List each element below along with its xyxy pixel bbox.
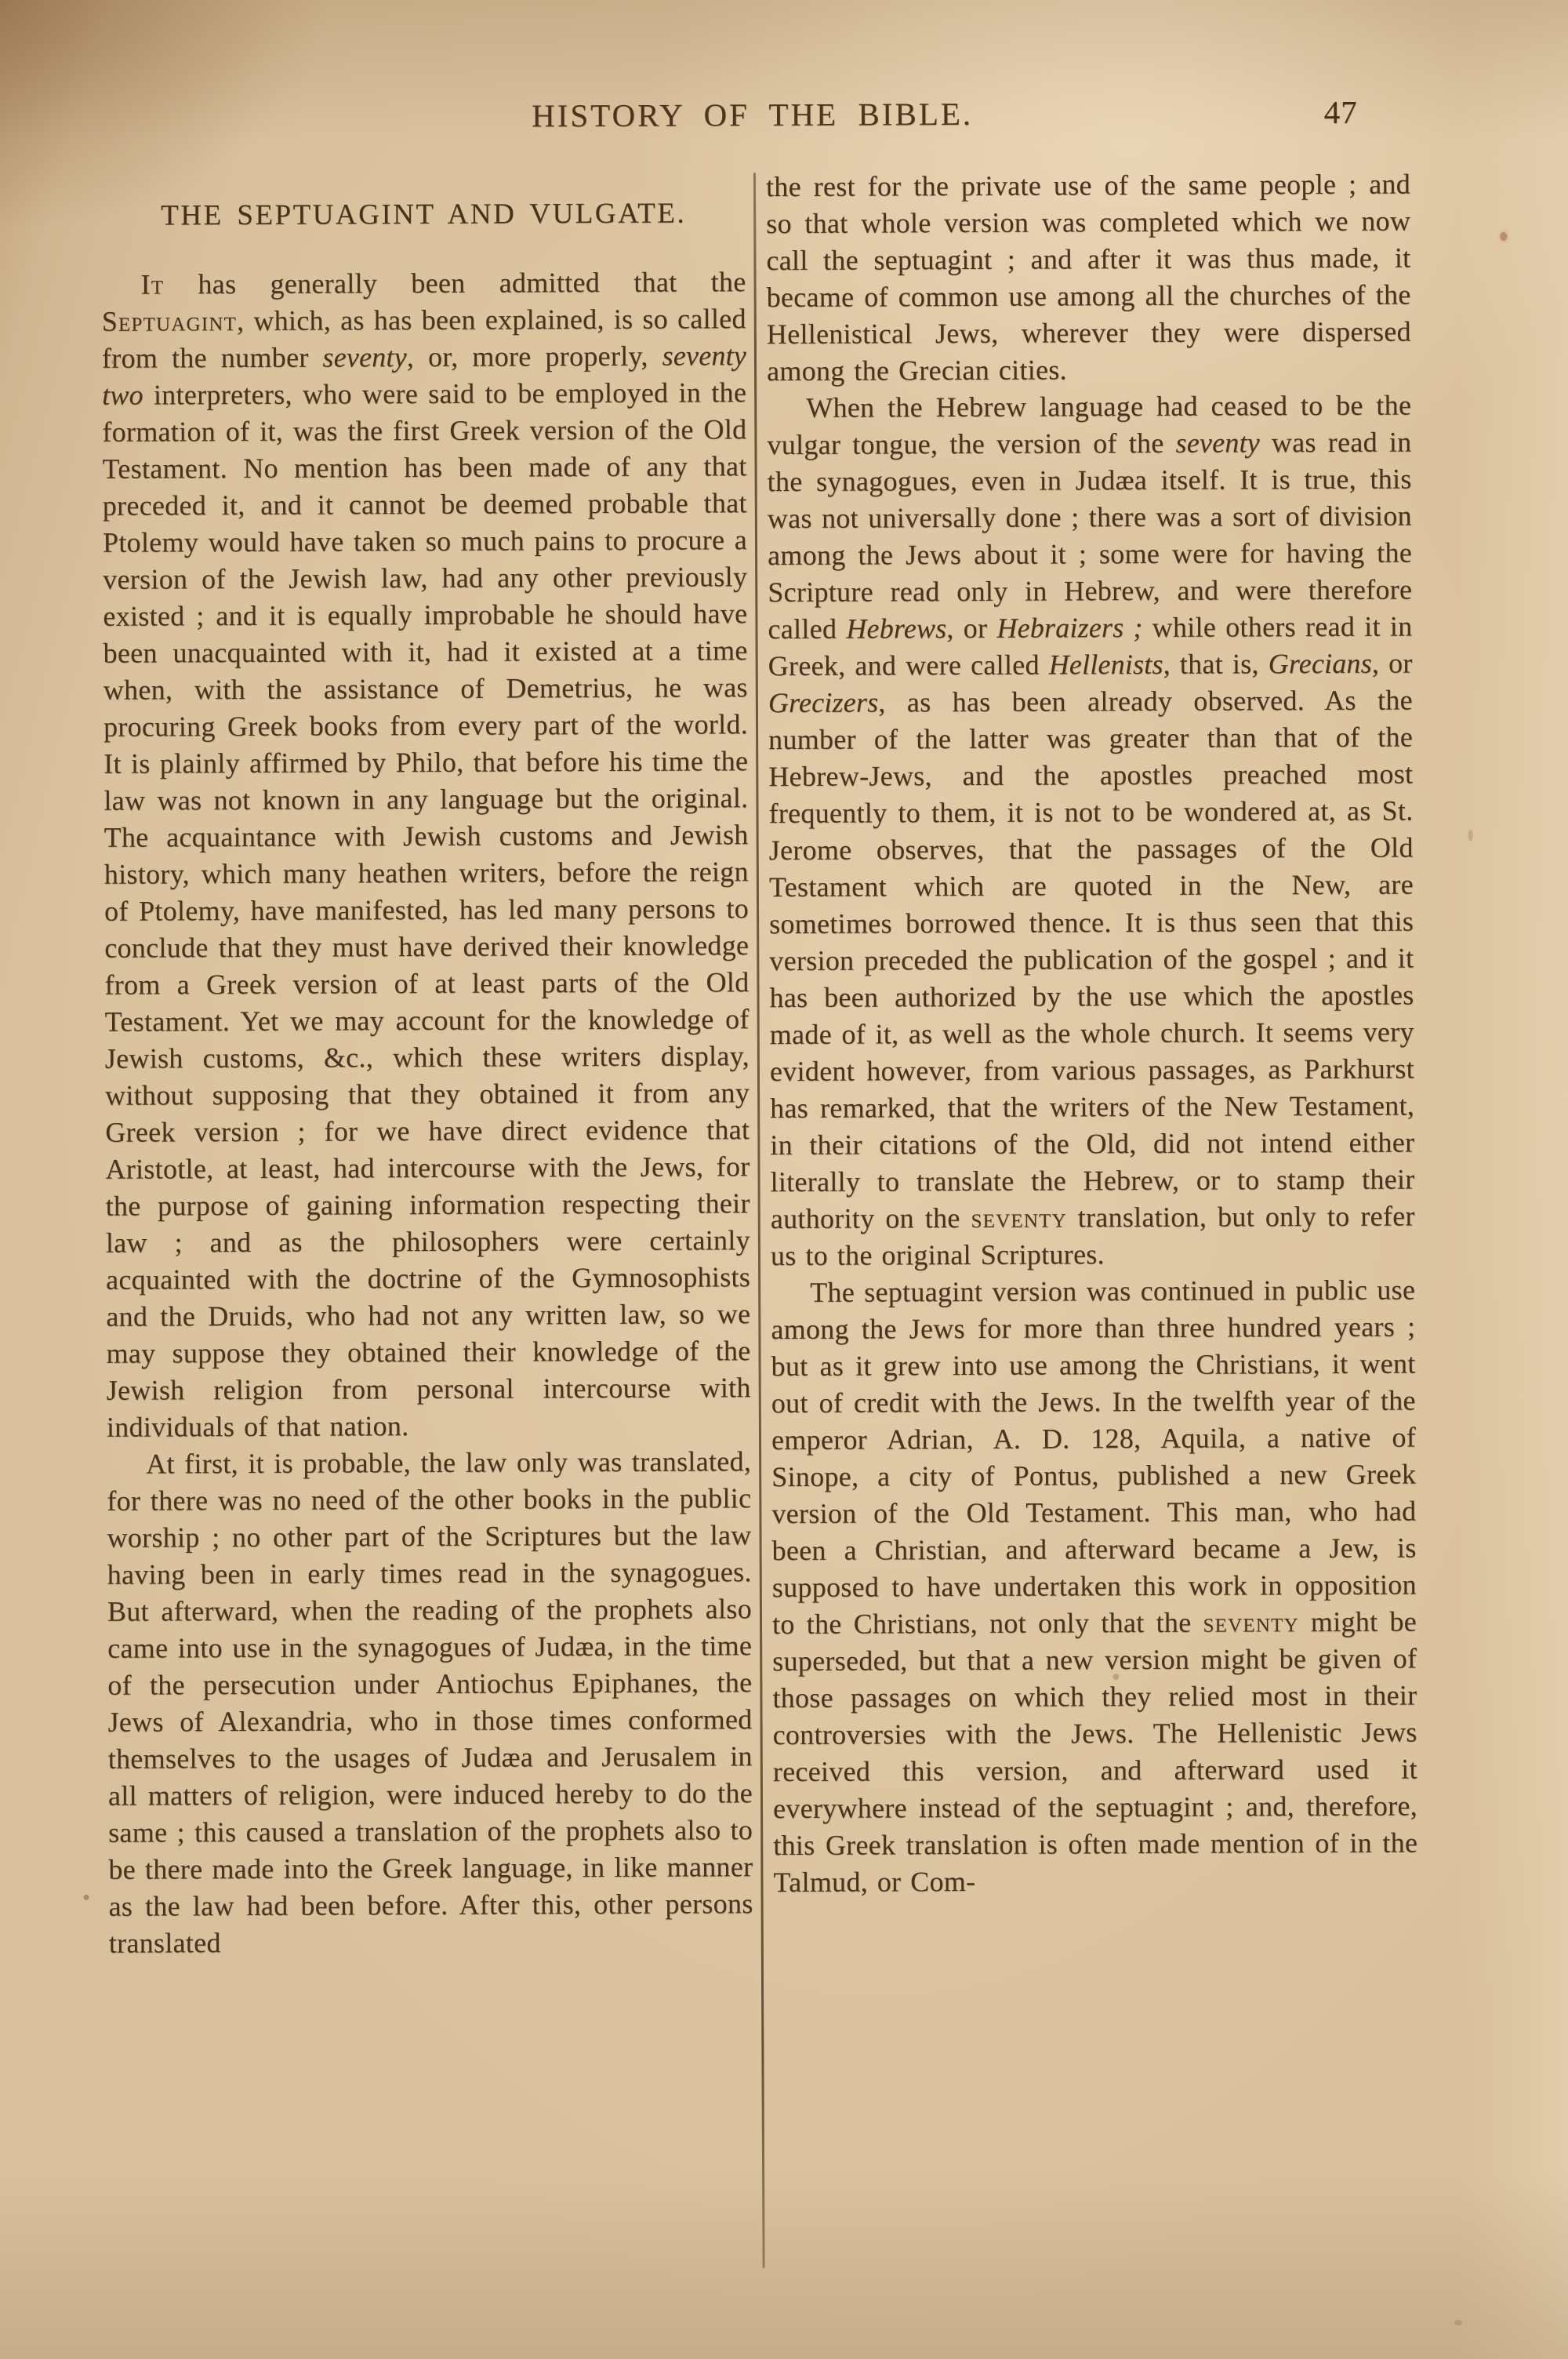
paragraph: It has generally been admitted that the … bbox=[101, 264, 751, 1446]
text-segment: , as has been already observed. As the n… bbox=[768, 685, 1415, 1235]
paper-speck bbox=[1112, 1674, 1119, 1680]
left-column-text: It has generally been admitted that the … bbox=[101, 264, 753, 1962]
text-segment: seventy bbox=[1175, 427, 1260, 458]
text-segment: The septuagint version was continued in … bbox=[771, 1274, 1417, 1641]
paper-speck bbox=[1468, 830, 1473, 841]
text-segment: Grecizers bbox=[768, 686, 879, 718]
column-divider-rule bbox=[753, 173, 765, 2268]
text-segment: It bbox=[140, 268, 164, 300]
text-segment: , or bbox=[946, 612, 996, 644]
text-segment: Hellenists bbox=[1049, 649, 1163, 681]
text-segment: the rest for the private use of the same… bbox=[766, 169, 1411, 387]
section-heading: THE SEPTUAGINT AND VULGATE. bbox=[101, 194, 746, 234]
paragraph: When the Hebrew language had ceased to b… bbox=[767, 387, 1415, 1275]
page-number: 47 bbox=[1324, 96, 1358, 129]
text-segment: might be superseded, but that a new vers… bbox=[772, 1605, 1417, 1898]
text-segment: seventy bbox=[1203, 1606, 1298, 1638]
text-segment: At first, it is probable, the law only w… bbox=[107, 1445, 753, 1959]
left-column: THE SEPTUAGINT AND VULGATE. It has gener… bbox=[101, 194, 753, 1962]
text-segment: Grecians bbox=[1269, 648, 1372, 680]
running-head-title: HISTORY OF THE BIBLE. bbox=[101, 96, 1404, 134]
paper-speck bbox=[84, 1895, 89, 1900]
text-segment: interpreters, who were said to be employ… bbox=[102, 376, 750, 1443]
paper-speck bbox=[1500, 232, 1507, 241]
text-segment: seventy bbox=[322, 341, 407, 373]
text-segment: , that is, bbox=[1163, 648, 1269, 680]
paragraph: the rest for the private use of the same… bbox=[766, 166, 1411, 391]
right-column: the rest for the private use of the same… bbox=[766, 166, 1418, 1902]
right-column-text: the rest for the private use of the same… bbox=[766, 166, 1418, 1902]
paper-speck bbox=[1454, 2320, 1462, 2325]
text-segment: Hebraizers ; bbox=[996, 612, 1142, 644]
paragraph: At first, it is probable, the law only w… bbox=[107, 1443, 753, 1962]
text-segment: Septuagint bbox=[102, 305, 237, 337]
text-segment: seventy bbox=[971, 1201, 1066, 1234]
text-segment: Hebrews bbox=[846, 612, 946, 645]
paper-speck bbox=[111, 360, 116, 365]
text-segment: , or bbox=[1372, 648, 1413, 679]
paragraph: The septuagint version was continued in … bbox=[771, 1272, 1417, 1902]
text-segment: has generally been admitted that the bbox=[164, 266, 746, 300]
book-page: HISTORY OF THE BIBLE. 47 THE SEPTUAGINT … bbox=[0, 0, 1568, 2359]
text-segment: , or, more properly, bbox=[407, 340, 662, 373]
